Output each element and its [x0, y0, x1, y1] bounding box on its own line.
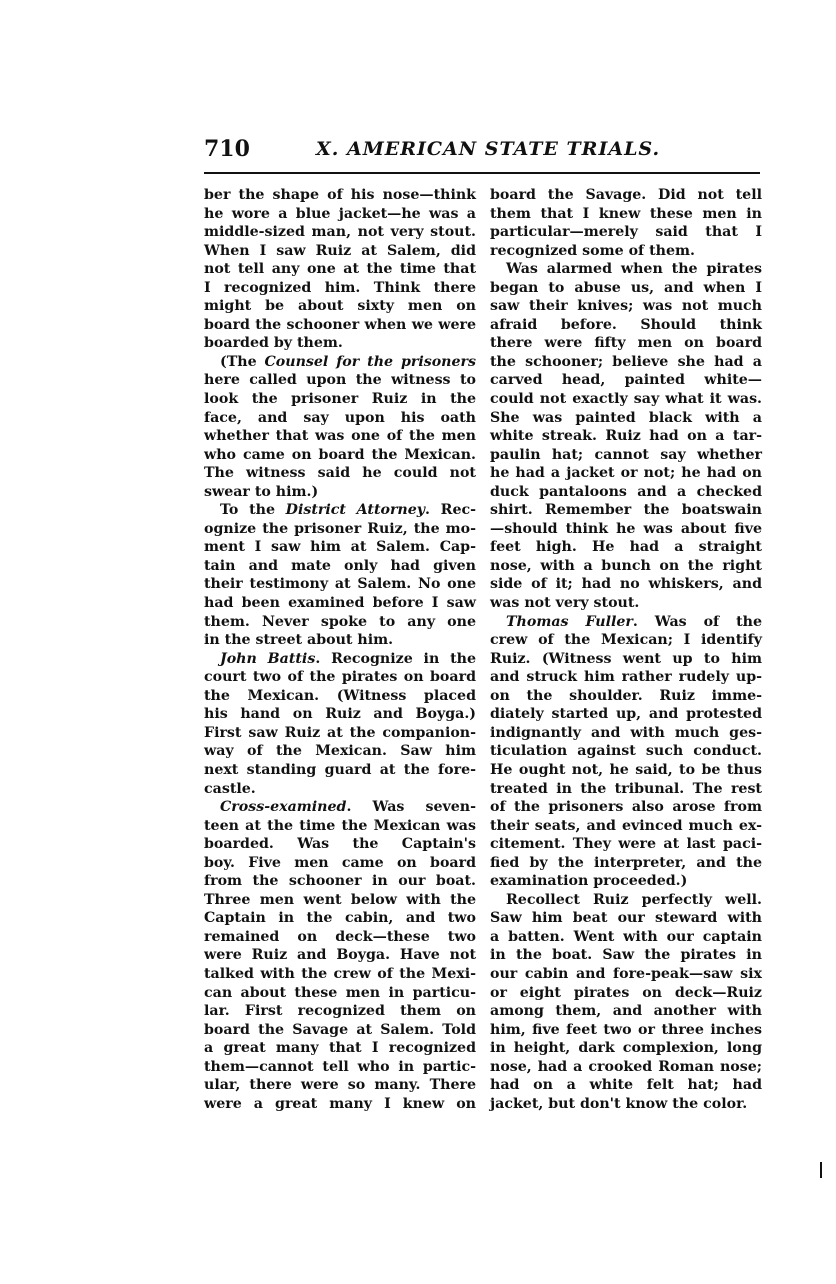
- text-line: the Mexican. (Witness placed: [204, 687, 476, 706]
- text-line: indignantly and with much ges-: [490, 724, 762, 743]
- text-line: Ruiz. (Witness went up to him: [490, 650, 762, 669]
- text-line: ognize the prisoner Ruiz, the mo-: [204, 520, 476, 539]
- text-line: lar. First recognized them on: [204, 1002, 476, 1021]
- text-line: them. Never spoke to any one: [204, 613, 476, 632]
- text-line: Saw him beat our steward with: [490, 909, 762, 928]
- italic-speaker: John Battis: [220, 651, 315, 667]
- line-text: To the: [220, 502, 286, 518]
- text-line: —should think he was about five: [490, 520, 762, 539]
- text-line: She was painted black with a: [490, 409, 762, 428]
- italic-speaker: District Attorney: [286, 502, 425, 518]
- running-title: X. AMERICAN STATE TRIALS.: [316, 138, 660, 160]
- text-line: talked with the crew of the Mexi-: [204, 965, 476, 984]
- text-line: our cabin and fore-peak—saw six: [490, 965, 762, 984]
- italic-speaker: Thomas Fuller: [506, 614, 633, 630]
- text-line: tain and mate only had given: [204, 557, 476, 576]
- text-line: carved head, painted white—: [490, 371, 762, 390]
- text-line: had on a white felt hat; had: [490, 1076, 762, 1095]
- text-line: Cross-examined. Was seven-: [204, 798, 476, 817]
- text-line: middle-sized man, not very stout.: [204, 223, 476, 242]
- text-line: (The Counsel for the prisoners: [204, 353, 476, 372]
- text-line: He ought not, he said, to be thus: [490, 761, 762, 780]
- text-line: remained on deck—these two: [204, 928, 476, 947]
- text-line: he wore a blue jacket—he was a: [204, 205, 476, 224]
- text-line: castle.: [204, 780, 476, 799]
- text-line: Recollect Ruiz perfectly well.: [490, 891, 762, 910]
- text-line: him, five feet two or three inches: [490, 1021, 762, 1040]
- text-line: were a great many I knew on: [204, 1095, 476, 1114]
- text-line: in the boat. Saw the pirates in: [490, 946, 762, 965]
- text-line: When I saw Ruiz at Salem, did: [204, 242, 476, 261]
- text-line: board the Savage at Salem. Told: [204, 1021, 476, 1040]
- text-line: shirt. Remember the boatswain: [490, 501, 762, 520]
- text-line: had been examined before I saw: [204, 594, 476, 613]
- left-column: ber the shape of his nose—thinkhe wore a…: [204, 186, 476, 1113]
- line-text: . Was seven-: [346, 799, 476, 815]
- text-line: nose, had a crooked Roman nose;: [490, 1058, 762, 1077]
- text-line: To the District Attorney. Rec-: [204, 501, 476, 520]
- text-line: citement. They were at last paci-: [490, 835, 762, 854]
- text-line: could not exactly say what it was.: [490, 390, 762, 409]
- text-line: there were fifty men on board: [490, 334, 762, 353]
- text-line: he had a jacket or not; he had on: [490, 464, 762, 483]
- text-line: next standing guard at the fore-: [204, 761, 476, 780]
- text-line: boy. Five men came on board: [204, 854, 476, 873]
- text-line: board the schooner when we were: [204, 316, 476, 335]
- header-rule: [204, 172, 760, 174]
- text-line: can about these men in particu-: [204, 984, 476, 1003]
- text-line: way of the Mexican. Saw him: [204, 742, 476, 761]
- text-line: and struck him rather rudely up-: [490, 668, 762, 687]
- text-line: boarded. Was the Captain's: [204, 835, 476, 854]
- text-line: face, and say upon his oath: [204, 409, 476, 428]
- text-line: a batten. Went with our captain: [490, 928, 762, 947]
- text-line: in height, dark complexion, long: [490, 1039, 762, 1058]
- text-line: I recognized him. Think there: [204, 279, 476, 298]
- text-line: boarded by them.: [204, 334, 476, 353]
- text-line: whether that was one of the men: [204, 427, 476, 446]
- text-line: examination proceeded.): [490, 872, 762, 891]
- line-text: . Rec-: [425, 502, 476, 518]
- text-line: or eight pirates on deck—Ruiz: [490, 984, 762, 1003]
- line-text: . Recognize in the: [315, 651, 476, 667]
- text-line: ular, there were so many. There: [204, 1076, 476, 1095]
- text-line: diately started up, and protested: [490, 705, 762, 724]
- text-line: ber the shape of his nose—think: [204, 186, 476, 205]
- text-line: duck pantaloons and a checked: [490, 483, 762, 502]
- text-line: their testimony at Salem. No one: [204, 575, 476, 594]
- text-line: was not very stout.: [490, 594, 762, 613]
- line-text: . Was of the: [633, 614, 762, 630]
- text-line: nose, with a bunch on the right: [490, 557, 762, 576]
- text-line: swear to him.): [204, 483, 476, 502]
- text-line: began to abuse us, and when I: [490, 279, 762, 298]
- text-line: John Battis. Recognize in the: [204, 650, 476, 669]
- text-line: Thomas Fuller. Was of the: [490, 613, 762, 632]
- text-line: teen at the time the Mexican was: [204, 817, 476, 836]
- text-line: them—cannot tell who in partic-: [204, 1058, 476, 1077]
- text-line: them that I knew these men in: [490, 205, 762, 224]
- italic-speaker: Counsel for the prisoners: [265, 354, 476, 370]
- text-line: board the Savage. Did not tell: [490, 186, 762, 205]
- text-line: feet high. He had a straight: [490, 538, 762, 557]
- text-line: his hand on Ruiz and Boyga.): [204, 705, 476, 724]
- text-line: The witness said he could not: [204, 464, 476, 483]
- page-header: 710 X. AMERICAN STATE TRIALS.: [204, 136, 758, 168]
- text-line: recognized some of them.: [490, 242, 762, 261]
- book-page: 710 X. AMERICAN STATE TRIALS. ber the sh…: [0, 0, 836, 1284]
- text-line: particular—merely said that I: [490, 223, 762, 242]
- text-line: court two of the pirates on board: [204, 668, 476, 687]
- text-line: ment I saw him at Salem. Cap-: [204, 538, 476, 557]
- text-line: First saw Ruiz at the companion-: [204, 724, 476, 743]
- text-line: who came on board the Mexican.: [204, 446, 476, 465]
- line-text: (The: [220, 354, 265, 370]
- text-line: not tell any one at the time that: [204, 260, 476, 279]
- text-line: on the shoulder. Ruiz imme-: [490, 687, 762, 706]
- text-line: fied by the interpreter, and the: [490, 854, 762, 873]
- text-line: from the schooner in our boat.: [204, 872, 476, 891]
- text-line: ticulation against such conduct.: [490, 742, 762, 761]
- text-line: here called upon the witness to: [204, 371, 476, 390]
- text-line: crew of the Mexican; I identify: [490, 631, 762, 650]
- text-line: Three men went below with the: [204, 891, 476, 910]
- text-line: white streak. Ruiz had on a tar-: [490, 427, 762, 446]
- page-number: 710: [204, 136, 250, 162]
- text-line: afraid before. Should think: [490, 316, 762, 335]
- text-line: in the street about him.: [204, 631, 476, 650]
- scan-edge-mark: [820, 1162, 822, 1178]
- text-line: Was alarmed when the pirates: [490, 260, 762, 279]
- text-line: the schooner; believe she had a: [490, 353, 762, 372]
- text-line: jacket, but don't know the color.: [490, 1095, 762, 1114]
- text-line: saw their knives; was not much: [490, 297, 762, 316]
- text-line: treated in the tribunal. The rest: [490, 780, 762, 799]
- text-line: were Ruiz and Boyga. Have not: [204, 946, 476, 965]
- text-line: Captain in the cabin, and two: [204, 909, 476, 928]
- text-line: a great many that I recognized: [204, 1039, 476, 1058]
- text-line: their seats, and evinced much ex-: [490, 817, 762, 836]
- text-line: might be about sixty men on: [204, 297, 476, 316]
- right-column: board the Savage. Did not tellthem that …: [490, 186, 762, 1113]
- text-line: among them, and another with: [490, 1002, 762, 1021]
- italic-speaker: Cross-examined: [220, 799, 346, 815]
- text-line: side of it; had no whiskers, and: [490, 575, 762, 594]
- text-line: look the prisoner Ruiz in the: [204, 390, 476, 409]
- text-line: of the prisoners also arose from: [490, 798, 762, 817]
- text-line: paulin hat; cannot say whether: [490, 446, 762, 465]
